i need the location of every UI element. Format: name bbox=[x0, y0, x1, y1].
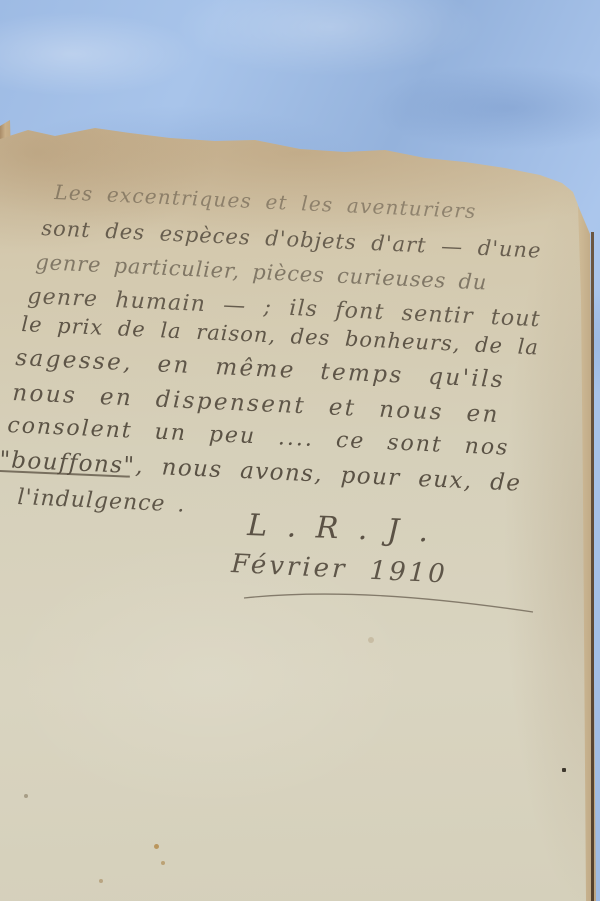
foxing-spot bbox=[99, 879, 103, 883]
book-inscription-photo: Les excentriques et les aventuriers sont… bbox=[0, 0, 600, 901]
foxing-spot bbox=[368, 637, 374, 643]
foxing-spot bbox=[24, 794, 28, 798]
handwriting-line: Les excentriques et les aventuriers bbox=[54, 180, 477, 223]
handwriting-line: l'indulgence . bbox=[17, 485, 186, 518]
fore-edge-shadow-line bbox=[591, 232, 594, 901]
date-underline-flourish bbox=[240, 590, 540, 618]
ink-speck bbox=[562, 768, 566, 772]
date-line: Février 1910 bbox=[231, 549, 449, 590]
foxing-spot bbox=[161, 861, 165, 865]
foxing-spot bbox=[154, 844, 159, 849]
signature-initials: L . R . J . bbox=[247, 508, 431, 549]
